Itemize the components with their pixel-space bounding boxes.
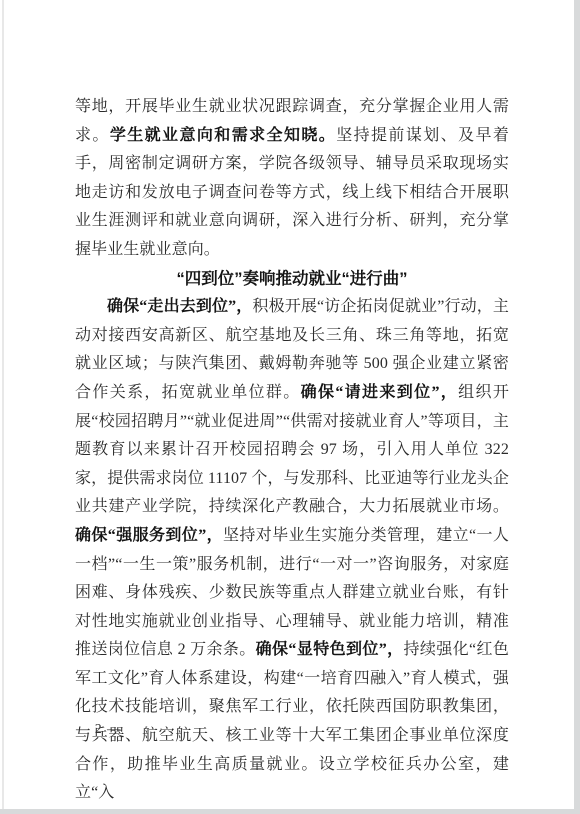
document-page: 等地，开展毕业生就业状况跟踪调查，充分掌握企业用人需求。学生就业意向和需求全知晓… <box>0 0 580 814</box>
para-continuation: 等地，开展毕业生就业状况跟踪调查，充分掌握企业用人需求。学生就业意向和需求全知晓… <box>75 93 509 265</box>
text-run: 坚持对毕业生实施分类管理，建立“一人一档”“一生一策”服务机制，进行“一对一”咨… <box>75 527 509 658</box>
emphasis-text-run: 确保“强服务到位”， <box>75 527 223 544</box>
text-run: 持续强化“红色军工文化”育人体系建设，构建“一培育四融入”育人模式，强化技术技能… <box>75 641 509 801</box>
page-edge-right <box>574 0 580 814</box>
emphasis-text-run: 确保“走出去到位”， <box>107 298 252 315</box>
page-edge-bottom <box>0 809 580 814</box>
emphasis-text-run: 确保“显特色到位”， <box>256 641 404 658</box>
page-number: — 2 — <box>76 721 122 737</box>
emphasis-text-run: 确保“请进来到位”， <box>301 384 459 401</box>
emphasis-text-run: 学生就业意向和需求全知晓。 <box>110 127 336 144</box>
section-heading: “四到位”奏响推动就业“进行曲” <box>75 265 509 294</box>
text-run: 组织开展“校园招聘月”“就业促进周”“供需对接就业育人”等项目，主题教育以来累计… <box>75 384 509 515</box>
page-edge-left <box>2 0 4 814</box>
emphasis-text-run: “四到位”奏响推动就业“进行曲” <box>177 270 408 288</box>
document-body: 等地，开展毕业生就业状况跟踪调查，充分掌握企业用人需求。学生就业意向和需求全知晓… <box>75 93 509 808</box>
text-run: 坚持提前谋划、及早着手，周密制定调研方案，学院各级领导、辅导员采取现场实地走访和… <box>75 127 509 258</box>
para-four-measures: 确保“走出去到位”，积极开展“访企拓岗促就业”行动，主动对接西安高新区、航空基地… <box>75 293 509 808</box>
